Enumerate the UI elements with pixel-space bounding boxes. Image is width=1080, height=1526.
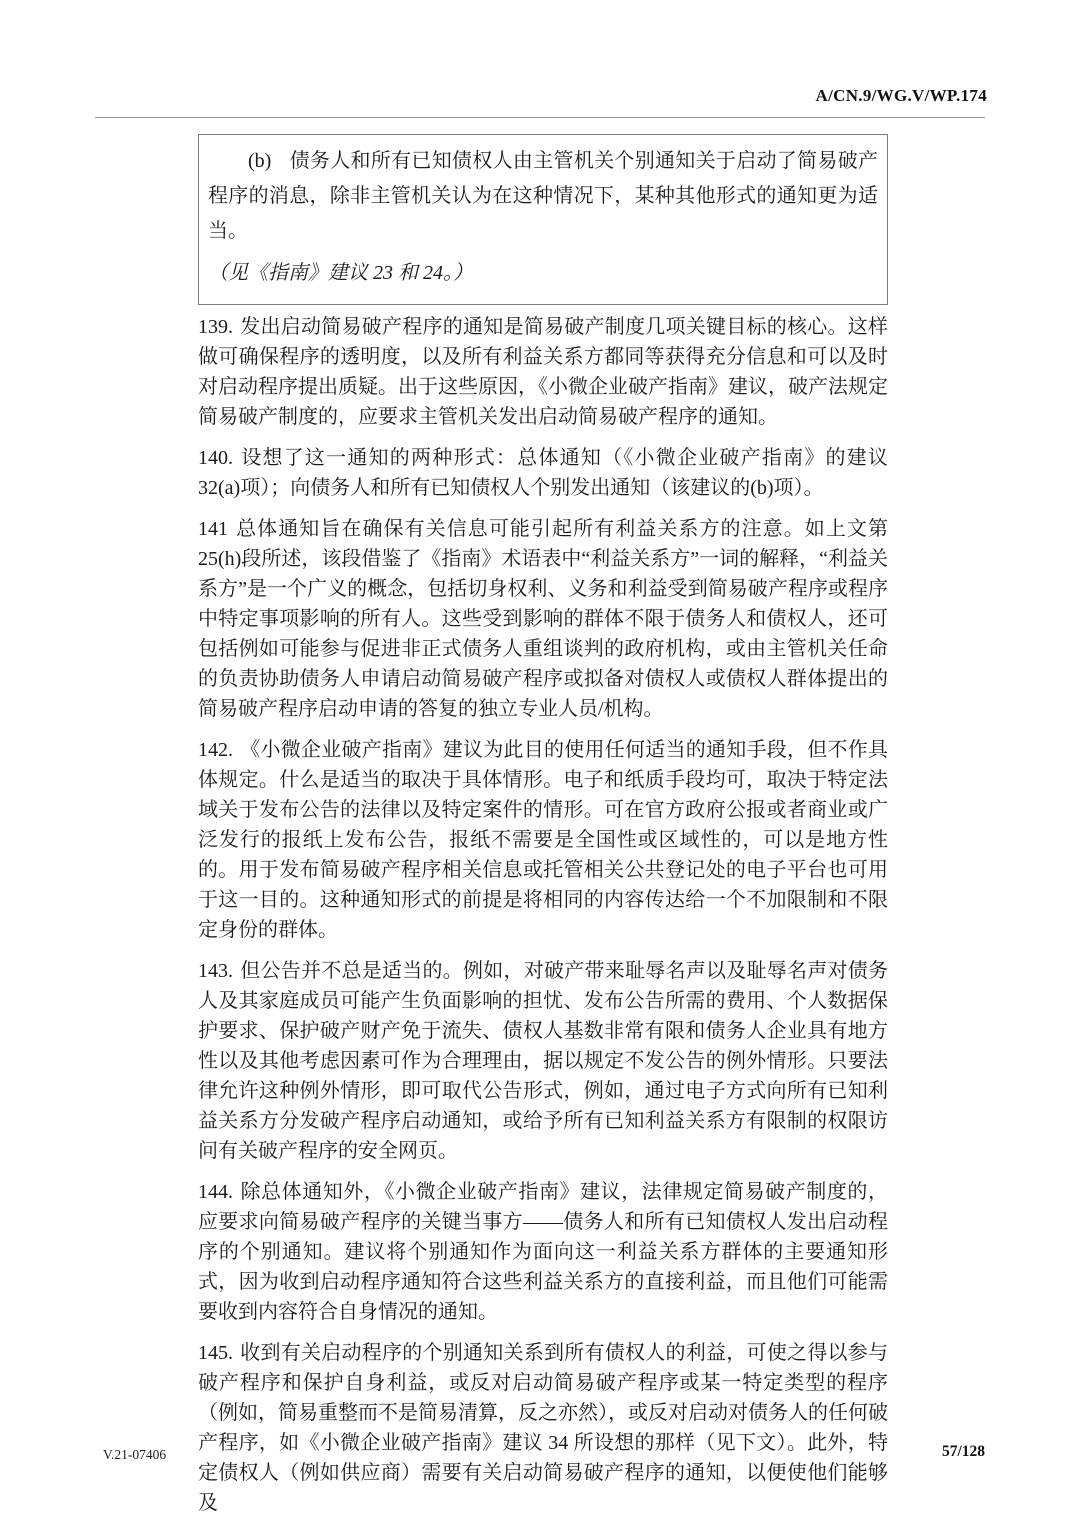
recommendation-quote-box: (b)债务人和所有已知债权人由主管机关个别通知关于启动了简易破产程序的消息，除非… bbox=[198, 134, 888, 305]
header-divider bbox=[95, 117, 985, 118]
paragraph-142: 142.《小微企业破产指南》建议为此目的使用任何适当的通知手段，但不作具体规定。… bbox=[198, 735, 888, 945]
paragraph-text: 设想了这一通知的两种形式：总体通知（《小微企业破产指南》的建议 32(a)项）；… bbox=[198, 447, 888, 499]
paragraph-number: 145. bbox=[198, 1342, 233, 1364]
quote-reference: （见《指南》建议 23 和 24。） bbox=[208, 258, 878, 288]
paragraph-number: 144. bbox=[198, 1181, 233, 1203]
footer-page-number: 57/128 bbox=[942, 1443, 985, 1461]
paragraph-text: 总体通知旨在确保有关信息可能引起所有利益关系方的注意。如上文第25(h)段所述，… bbox=[198, 518, 888, 720]
quote-paragraph-b: (b)债务人和所有已知债权人由主管机关个别通知关于启动了简易破产程序的消息，除非… bbox=[208, 144, 878, 249]
document-body: (b)债务人和所有已知债权人由主管机关个别通知关于启动了简易破产程序的消息，除非… bbox=[198, 134, 888, 1518]
document-symbol: A/CN.9/WG.V/WP.174 bbox=[0, 86, 987, 106]
document-page: A/CN.9/WG.V/WP.174 (b)债务人和所有已知债权人由主管机关个别… bbox=[0, 0, 1080, 1526]
paragraph-145: 145.收到有关启动程序的个别通知关系到所有债权人的利益，可使之得以参与破产程序… bbox=[198, 1338, 888, 1518]
paragraph-141: 141总体通知旨在确保有关信息可能引起所有利益关系方的注意。如上文第25(h)段… bbox=[198, 514, 888, 724]
paragraph-number: 139. bbox=[198, 316, 233, 338]
paragraph-140: 140.设想了这一通知的两种形式：总体通知（《小微企业破产指南》的建议 32(a… bbox=[198, 443, 888, 503]
paragraph-number: 140. bbox=[198, 447, 233, 469]
paragraph-number: 141 bbox=[198, 518, 228, 540]
paragraph-text: 收到有关启动程序的个别通知关系到所有债权人的利益，可使之得以参与破产程序和保护自… bbox=[198, 1342, 888, 1514]
paragraph-text: 《小微企业破产指南》建议为此目的使用任何适当的通知手段，但不作具体规定。什么是适… bbox=[198, 739, 888, 941]
paragraph-144: 144.除总体通知外，《小微企业破产指南》建议，法律规定简易破产制度的，应要求向… bbox=[198, 1177, 888, 1327]
footer-job-number: V.21-07406 bbox=[103, 1447, 166, 1463]
paragraph-143: 143.但公告并不总是适当的。例如，对破产带来耻辱名声以及耻辱名声对债务人及其家… bbox=[198, 956, 888, 1166]
paragraph-text: 除总体通知外，《小微企业破产指南》建议，法律规定简易破产制度的，应要求向简易破产… bbox=[198, 1181, 888, 1323]
paragraph-139: 139.发出启动简易破产程序的通知是简易破产制度几项关键目标的核心。这样做可确保… bbox=[198, 312, 888, 432]
quote-item-label: (b) bbox=[248, 150, 271, 172]
paragraph-number: 142. bbox=[198, 739, 233, 761]
paragraph-text: 发出启动简易破产程序的通知是简易破产制度几项关键目标的核心。这样做可确保程序的透… bbox=[198, 316, 888, 428]
quote-item-text: 债务人和所有已知债权人由主管机关个别通知关于启动了简易破产程序的消息，除非主管机… bbox=[208, 150, 878, 242]
paragraph-number: 143. bbox=[198, 960, 233, 982]
paragraph-text: 但公告并不总是适当的。例如，对破产带来耻辱名声以及耻辱名声对债务人及其家庭成员可… bbox=[198, 960, 888, 1162]
